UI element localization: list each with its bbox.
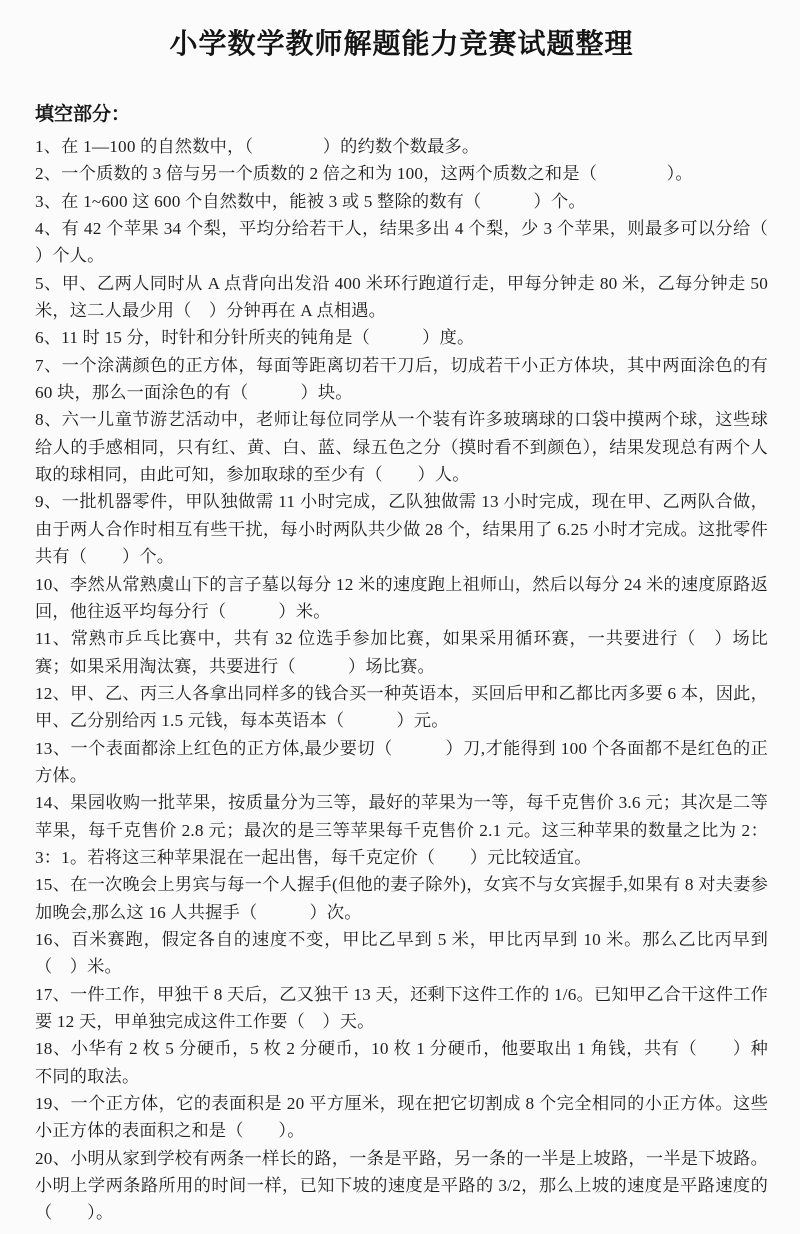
question-4: 4、有 42 个苹果 34 个梨，平均分给若干人，结果多出 4 个梨，少 3 个… xyxy=(35,215,768,270)
question-20: 20、小明从家到学校有两条一样长的路，一条是平路，另一条的一半是上坡路，一半是下… xyxy=(35,1145,768,1227)
question-3: 3、在 1~600 这 600 个自然数中，能被 3 或 5 整除的数有（ ）个… xyxy=(35,188,768,215)
question-15: 15、在一次晚会上男宾与每一个人握手(但他的妻子除外)，女宾不与女宾握手,如果有… xyxy=(35,871,768,926)
section-header-fill-in-blanks: 填空部分： xyxy=(35,102,768,128)
question-list: 1、在 1—100 的自然数中，（ ）的约数个数最多。 2、一个质数的 3 倍与… xyxy=(35,133,768,1227)
question-11: 11、常熟市乒乓比赛中，共有 32 位选手参加比赛，如果采用循环赛，一共要进行（… xyxy=(35,625,768,680)
question-5: 5、甲、乙两人同时从 A 点背向出发沿 400 米环行跑道行走，甲每分钟走 80… xyxy=(35,270,768,325)
document-title: 小学数学教师解题能力竞赛试题整理 xyxy=(35,28,768,62)
question-13: 13、一个表面都涂上红色的正方体,最少要切（ ）刀,才能得到 100 个各面都不… xyxy=(35,735,768,790)
question-2: 2、一个质数的 3 倍与另一个质数的 2 倍之和为 100，这两个质数之和是（ … xyxy=(35,160,768,187)
question-14: 14、果园收购一批苹果，按质量分为三等，最好的苹果为一等，每千克售价 3.6 元… xyxy=(35,789,768,871)
question-19: 19、一个正方体，它的表面积是 20 平方厘米，现在把它切割成 8 个完全相同的… xyxy=(35,1090,768,1145)
question-6: 6、11 时 15 分，时针和分针所夹的钝角是（ ）度。 xyxy=(35,324,768,351)
question-18: 18、小华有 2 枚 5 分硬币，5 枚 2 分硬币，10 枚 1 分硬币，他要… xyxy=(35,1035,768,1090)
question-12: 12、甲、乙、丙三人各拿出同样多的钱合买一种英语本，买回后甲和乙都比丙多要 6 … xyxy=(35,680,768,735)
question-1: 1、在 1—100 的自然数中，（ ）的约数个数最多。 xyxy=(35,133,768,160)
document-page: 小学数学教师解题能力竞赛试题整理 填空部分： 1、在 1—100 的自然数中，（… xyxy=(0,0,800,1234)
question-9: 9、一批机器零件，甲队独做需 11 小时完成，乙队独做需 13 小时完成，现在甲… xyxy=(35,488,768,570)
question-16: 16、百米赛跑，假定各自的速度不变，甲比乙早到 5 米，甲比丙早到 10 米。那… xyxy=(35,926,768,981)
question-10: 10、李然从常熟虞山下的言子墓以每分 12 米的速度跑上祖师山，然后以每分 24… xyxy=(35,571,768,626)
question-8: 8、六一儿童节游艺活动中，老师让每位同学从一个装有许多玻璃球的口袋中摸两个球，这… xyxy=(35,406,768,488)
question-17: 17、一件工作，甲独干 8 天后，乙又独干 13 天，还剩下这件工作的 1/6。… xyxy=(35,981,768,1036)
question-7: 7、一个涂满颜色的正方体，每面等距离切若干刀后，切成若干小正方体块，其中两面涂色… xyxy=(35,352,768,407)
